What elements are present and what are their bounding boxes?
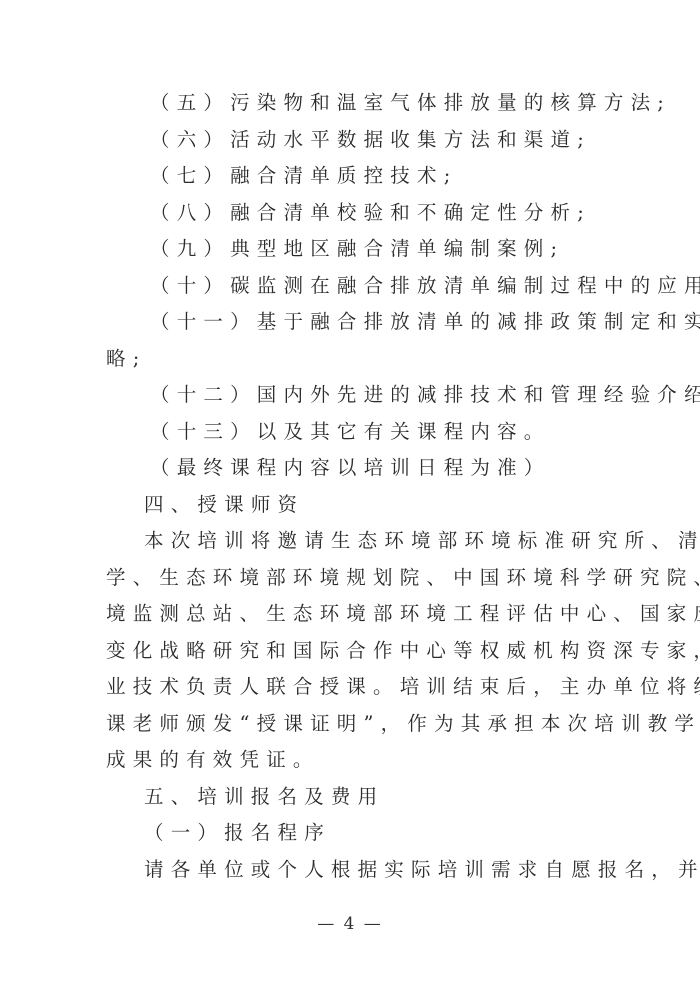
document-body: （五）污染物和温室气体排放量的核算方法; （六）活动水平数据收集方法和渠道; （… xyxy=(106,85,598,888)
list-item-11: （十一）基于融合排放清单的减排政策制定和实施策 xyxy=(106,304,598,341)
section-heading-instructors: 四、授课师资 xyxy=(106,487,598,524)
document-page: （五）污染物和温室气体排放量的核算方法; （六）活动水平数据收集方法和渠道; （… xyxy=(0,0,700,990)
list-item-5: （五）污染物和温室气体排放量的核算方法; xyxy=(106,85,598,122)
page-number: — 4 — xyxy=(0,914,700,934)
list-item-6: （六）活动水平数据收集方法和渠道; xyxy=(106,122,598,159)
section-heading-registration: 五、培训报名及费用 xyxy=(106,779,598,816)
instructors-paragraph-line: 课老师颁发“授课证明”，作为其承担本次培训教学任务及 xyxy=(106,706,598,743)
list-item-13: （十三）以及其它有关课程内容。 xyxy=(106,414,598,451)
list-item-9: （九）典型地区融合清单编制案例; xyxy=(106,231,598,268)
list-item-8: （八）融合清单校验和不确定性分析; xyxy=(106,195,598,232)
instructors-paragraph-line: 业技术负责人联合授课。培训结束后，主办单位将统一向授 xyxy=(106,669,598,706)
list-item-7: （七）融合清单质控技术; xyxy=(106,158,598,195)
subsection-heading-procedure: （一）报名程序 xyxy=(106,815,598,852)
instructors-paragraph-line: 变化战略研究和国际合作中心等权威机构资深专家，以及企 xyxy=(106,633,598,670)
list-item-10: （十）碳监测在融合排放清单编制过程中的应用; xyxy=(106,268,598,305)
instructors-paragraph-line: 成果的有效凭证。 xyxy=(106,742,598,779)
course-note: （最终课程内容以培训日程为准） xyxy=(106,450,598,487)
instructors-paragraph-line: 境监测总站、生态环境部环境工程评估中心、国家应对气候 xyxy=(106,596,598,633)
instructors-paragraph-line: 本次培训将邀请生态环境部环境标准研究所、清华大 xyxy=(106,523,598,560)
list-item-12: （十二）国内外先进的减排技术和管理经验介绍; xyxy=(106,377,598,414)
list-item-11-continuation: 略; xyxy=(106,341,598,378)
instructors-paragraph-line: 学、生态环境部环境规划院、中国环境科学研究院、中国环 xyxy=(106,560,598,597)
registration-paragraph-line: 请各单位或个人根据实际培训需求自愿报名，并于 2025 xyxy=(106,852,598,889)
